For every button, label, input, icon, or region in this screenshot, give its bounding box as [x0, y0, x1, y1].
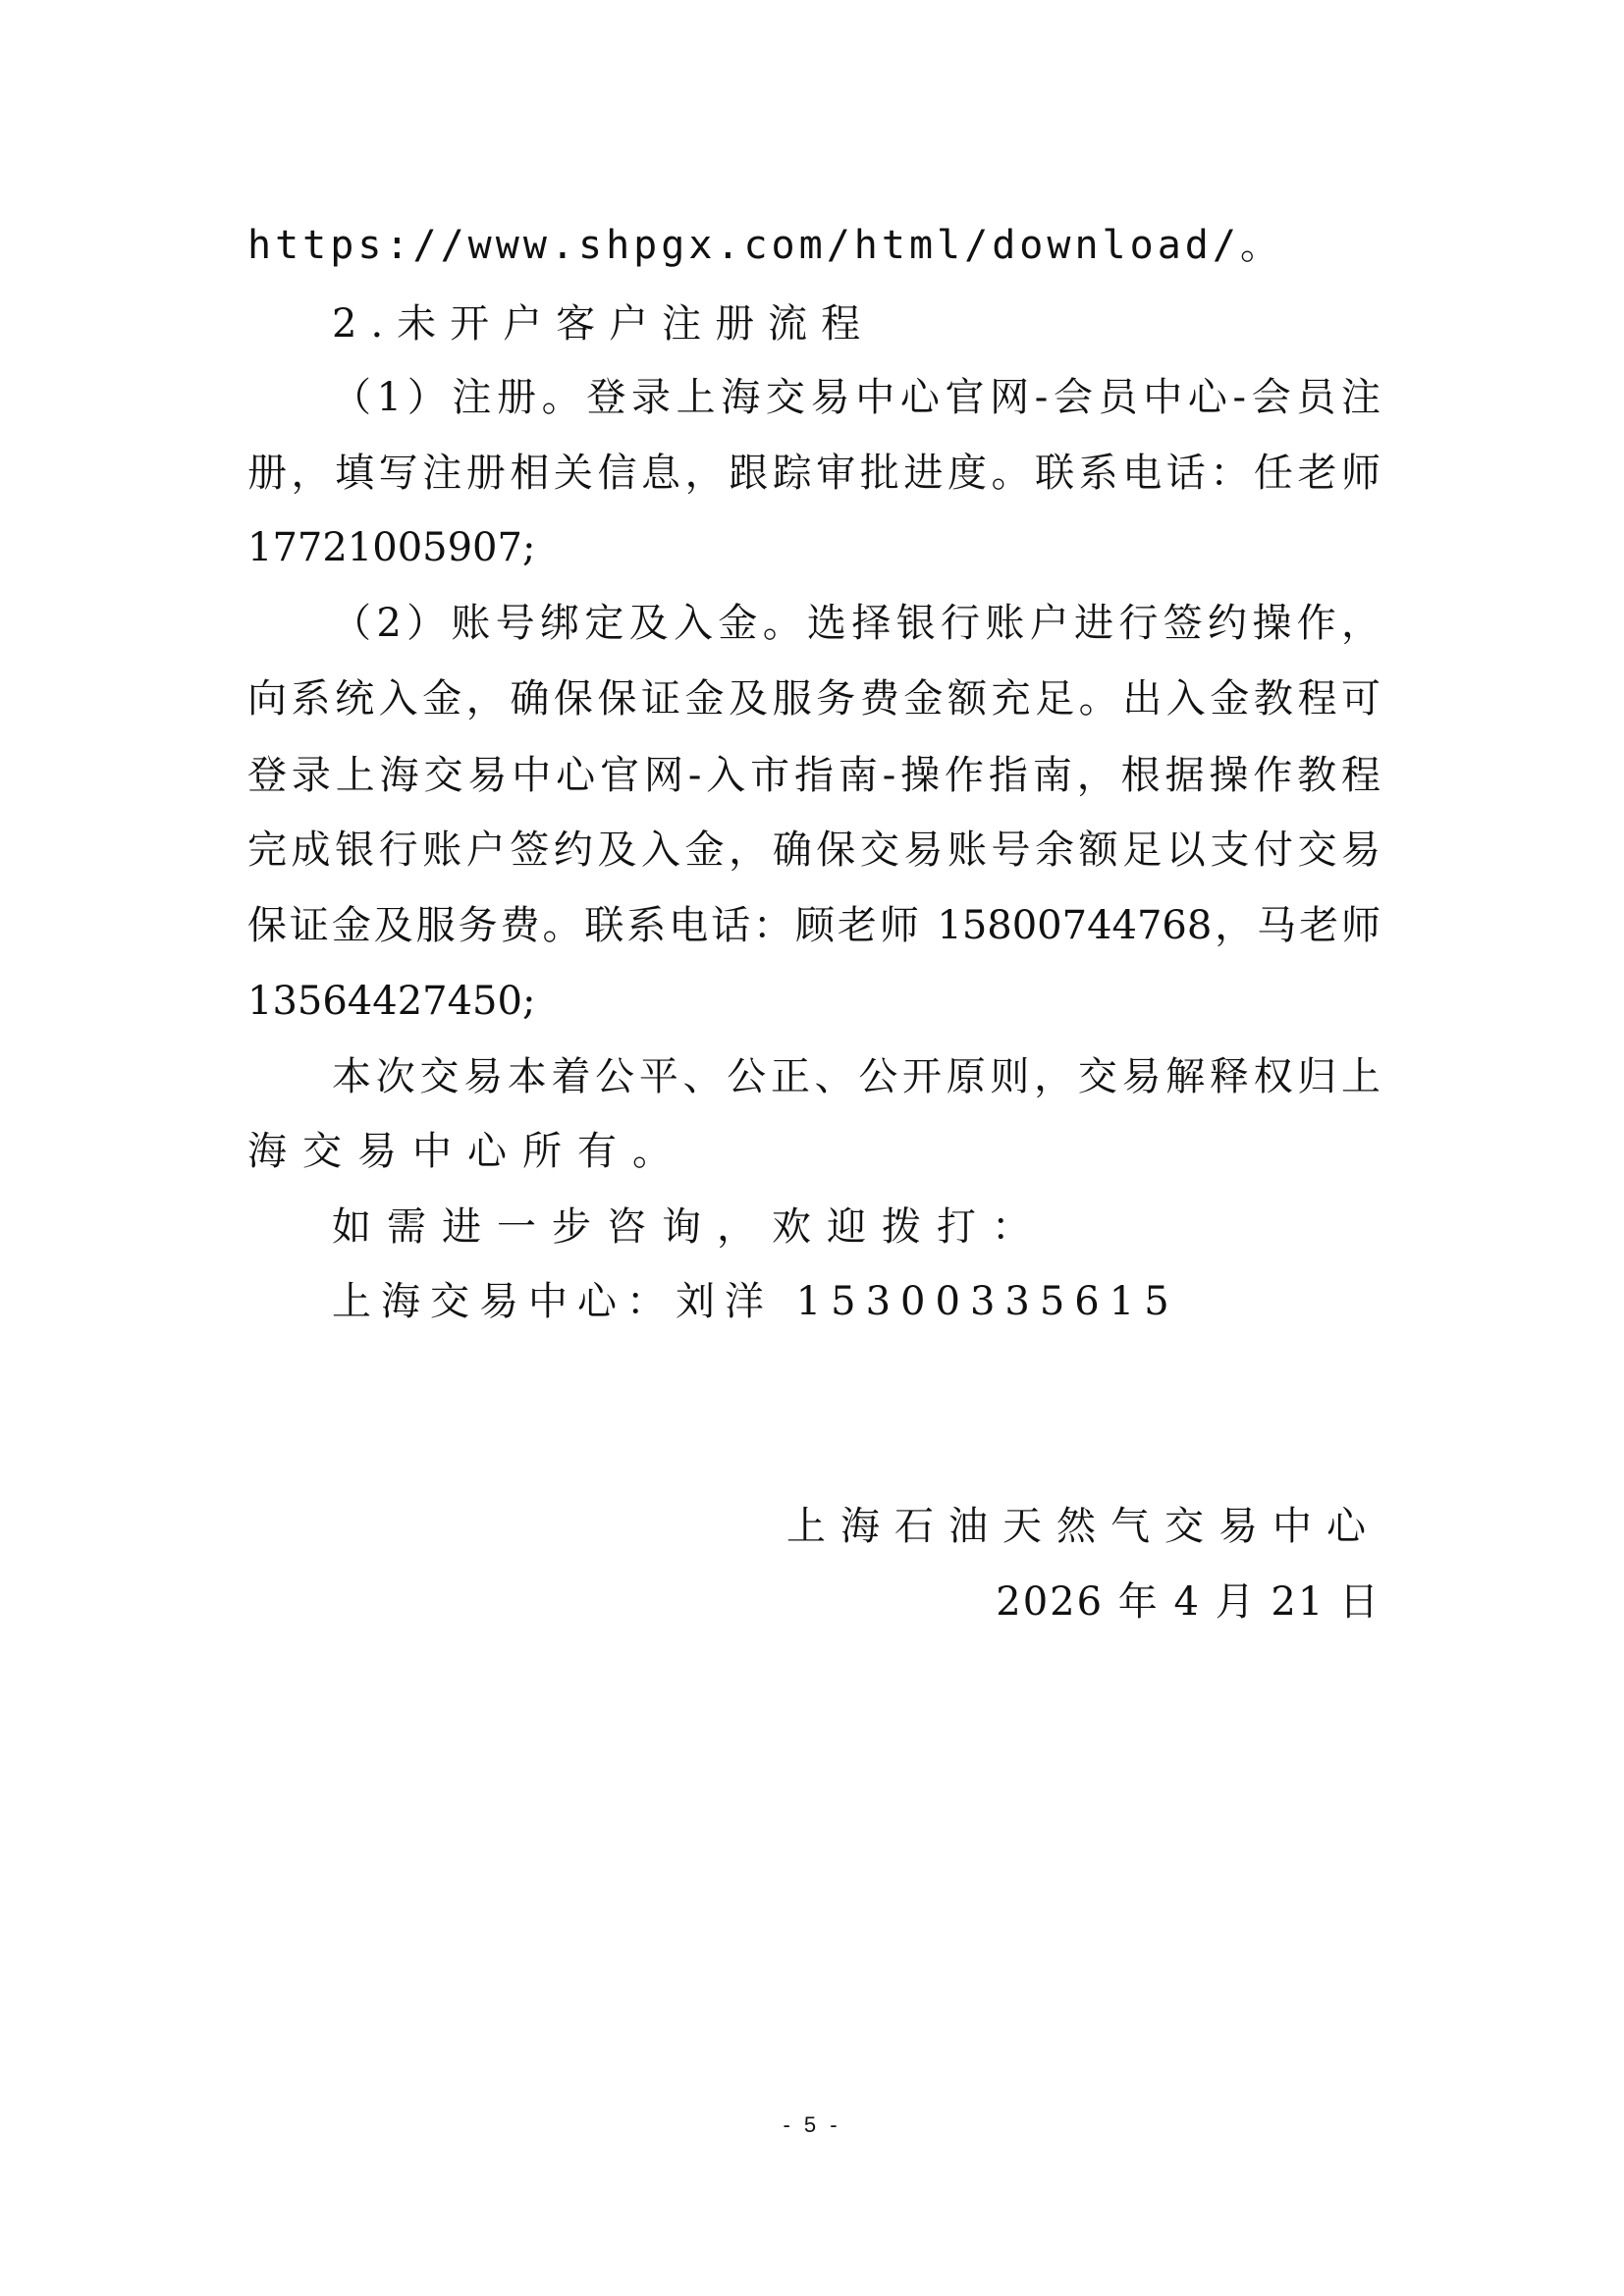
step2-line-5: 保证金及服务费。联系电话：顾老师 15800744768，马老师 [247, 896, 1380, 955]
step2-line-1: （2）账号绑定及入金。选择银行账户进行签约操作， [332, 594, 1380, 653]
signature-date: 2026 年 4 月 21 日 [996, 1573, 1380, 1631]
consult-contact: 上海交易中心：刘洋 15300335615 [332, 1272, 1380, 1331]
step2-line-2: 向系统入金，确保保证金及服务费金额充足。出入金教程可 [247, 669, 1380, 728]
consult-prompt: 如需进一步咨询，欢迎拨打： [332, 1198, 1380, 1256]
section-heading: 2.未开户客户注册流程 [332, 294, 1380, 353]
signature-organization: 上海石油天然气交易中心 [786, 1497, 1380, 1556]
step1-line-2: 册，填写注册相关信息，跟踪审批进度。联系电话：任老师 [247, 444, 1380, 503]
download-url: https://www.shpgx.com/html/download/。 [247, 216, 1380, 275]
step2-line-3: 登录上海交易中心官网-入市指南-操作指南，根据操作教程 [247, 746, 1380, 805]
document-page: https://www.shpgx.com/html/download/。 2.… [0, 0, 1624, 2296]
closing-line-1: 本次交易本着公平、公正、公开原则，交易解释权归上 [332, 1047, 1380, 1106]
step2-line-6: 13564427450; [247, 972, 1380, 1031]
step1-line-3: 17721005907; [247, 518, 1380, 577]
step1-line-1: （1）注册。登录上海交易中心官网-会员中心-会员注 [332, 368, 1380, 427]
closing-line-2: 海交易中心所有。 [247, 1122, 1380, 1181]
page-number: - 5 - [0, 2112, 1624, 2138]
step2-line-4: 完成银行账户签约及入金，确保交易账号余额足以支付交易 [247, 821, 1380, 880]
